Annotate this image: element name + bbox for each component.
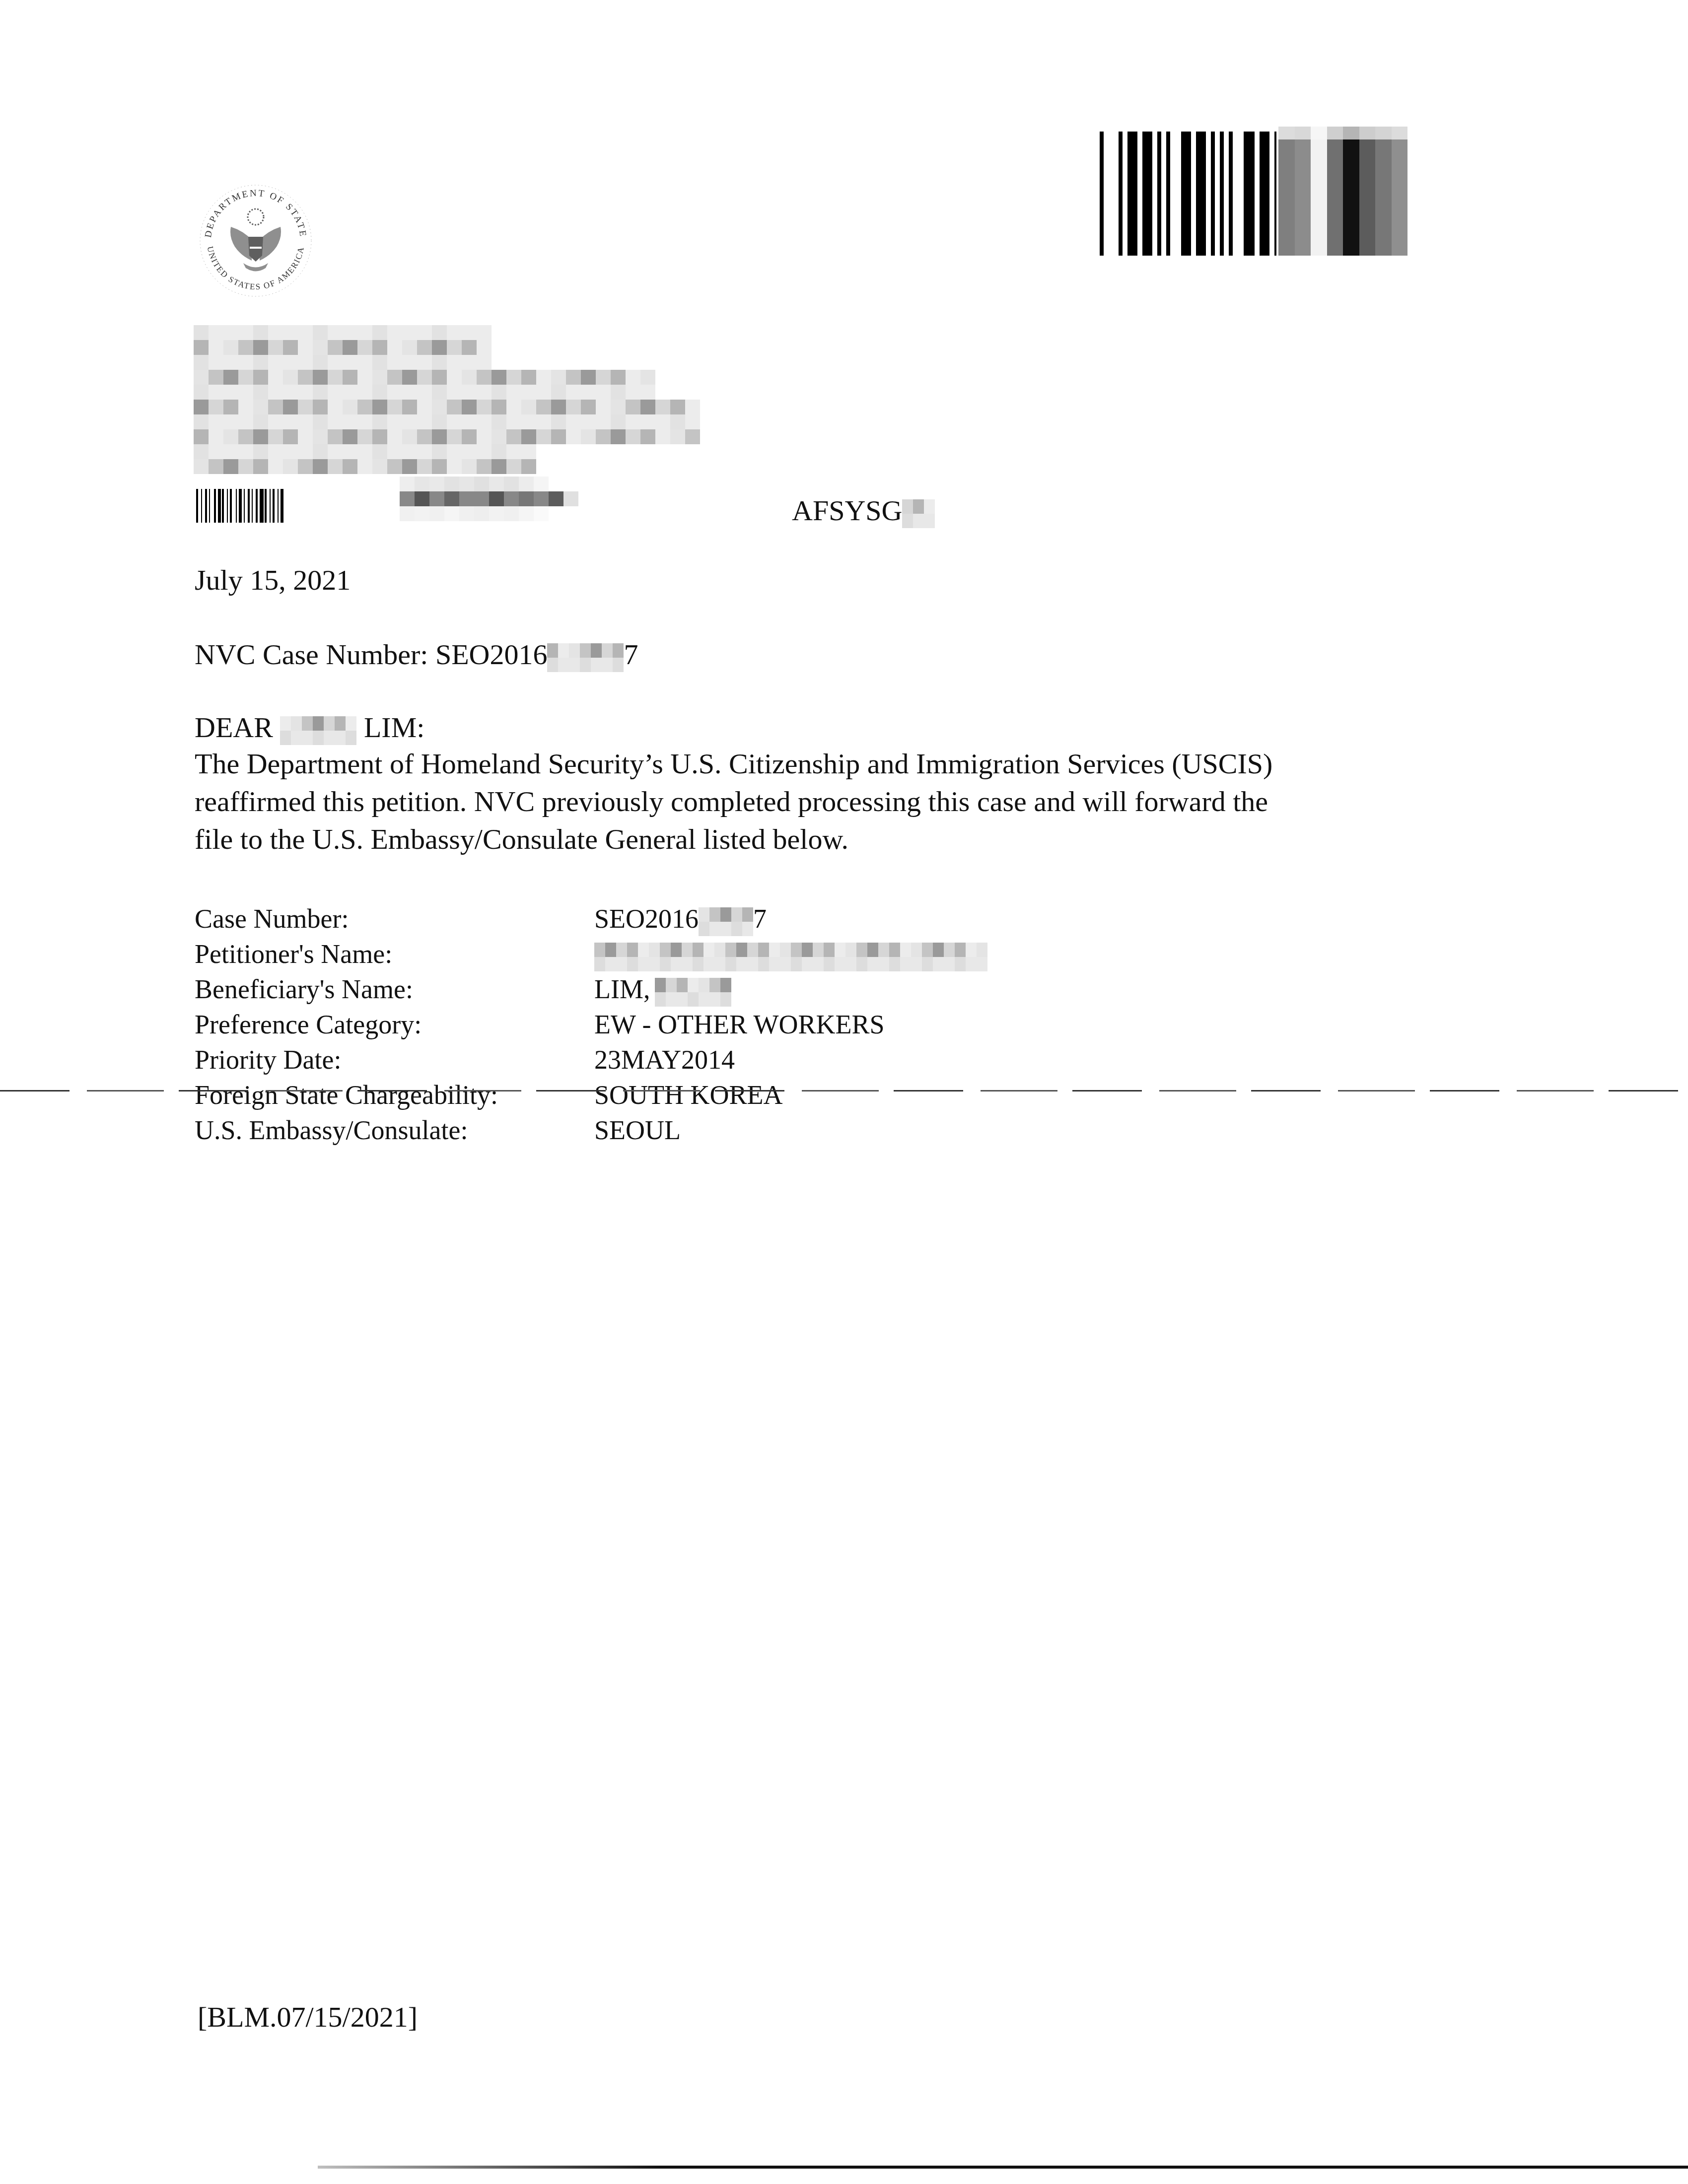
barcode-redaction [1278, 127, 1407, 256]
salutation: DEAR LIM: [195, 713, 424, 745]
field-value-text: SOUTH KOREA [594, 1080, 783, 1110]
field-value: 23MAY2014 [594, 1044, 735, 1075]
field-value-text: 23MAY2014 [594, 1045, 735, 1075]
body-line: file to the U.S. Embassy/Consulate Gener… [195, 822, 1466, 860]
redaction-block [655, 978, 731, 1007]
body-line: reaffirmed this petition. NVC previously… [195, 785, 1466, 822]
salutation-suffix: LIM: [364, 711, 424, 744]
field-label: Beneficiary's Name: [195, 974, 413, 1005]
field-value: EW - OTHER WORKERS [594, 1009, 884, 1040]
redaction-block [280, 716, 356, 745]
nvc-case-number: NVC Case Number: SEO20167 [195, 640, 638, 672]
field-value-text: LIM, [594, 974, 650, 1004]
field-value [594, 939, 987, 971]
field-value-suffix: 7 [753, 904, 767, 934]
field-value: SOUTH KOREA [594, 1080, 783, 1110]
redaction-block [594, 943, 987, 971]
department-of-state-seal-icon: DEPARTMENT OF STATE UNITED STATES OF AME… [196, 181, 315, 300]
nvc-case-suffix: 7 [624, 638, 638, 671]
scan-artifact-line [0, 1090, 1688, 1092]
body-line: The Department of Homeland Security’s U.… [195, 747, 1466, 785]
barcode [1100, 127, 1492, 256]
redaction-block [547, 643, 624, 672]
letter-date: July 15, 2021 [195, 566, 351, 595]
field-value: SEOUL [594, 1115, 681, 1146]
nvc-case-label: NVC Case Number: [195, 638, 428, 671]
redaction-block [699, 907, 753, 936]
redaction-block [902, 499, 935, 528]
field-value: LIM, [594, 974, 731, 1007]
reference-code: AFSYSG [792, 496, 935, 528]
address-barcode-icon [196, 489, 284, 523]
field-label: Petitioner's Name: [195, 939, 392, 969]
field-label: Priority Date: [195, 1044, 341, 1075]
field-value-text: EW - OTHER WORKERS [594, 1010, 884, 1039]
reference-code-text: AFSYSG [792, 494, 902, 527]
recipient-address-redacted [194, 325, 720, 474]
nvc-case-prefix: SEO2016 [435, 638, 548, 671]
field-value-text: SEOUL [594, 1115, 681, 1145]
address-barcode-redaction [400, 477, 578, 521]
body-paragraph: The Department of Homeland Security’s U.… [195, 747, 1466, 860]
field-label: U.S. Embassy/Consulate: [195, 1115, 468, 1146]
field-value: SEO20167 [594, 903, 767, 936]
field-label: Case Number: [195, 903, 349, 934]
scan-edge-line [318, 2166, 1688, 2169]
svg-text:DEPARTMENT OF STATE: DEPARTMENT OF STATE [203, 188, 308, 238]
footer-reference: [BLM.07/15/2021] [198, 2003, 418, 2032]
field-label: Preference Category: [195, 1009, 422, 1040]
barcode-icon [1100, 132, 1276, 256]
field-value-text: SEO2016 [594, 904, 699, 934]
field-label: Foreign State Chargeability: [195, 1080, 498, 1110]
salutation-prefix: DEAR [195, 711, 273, 744]
